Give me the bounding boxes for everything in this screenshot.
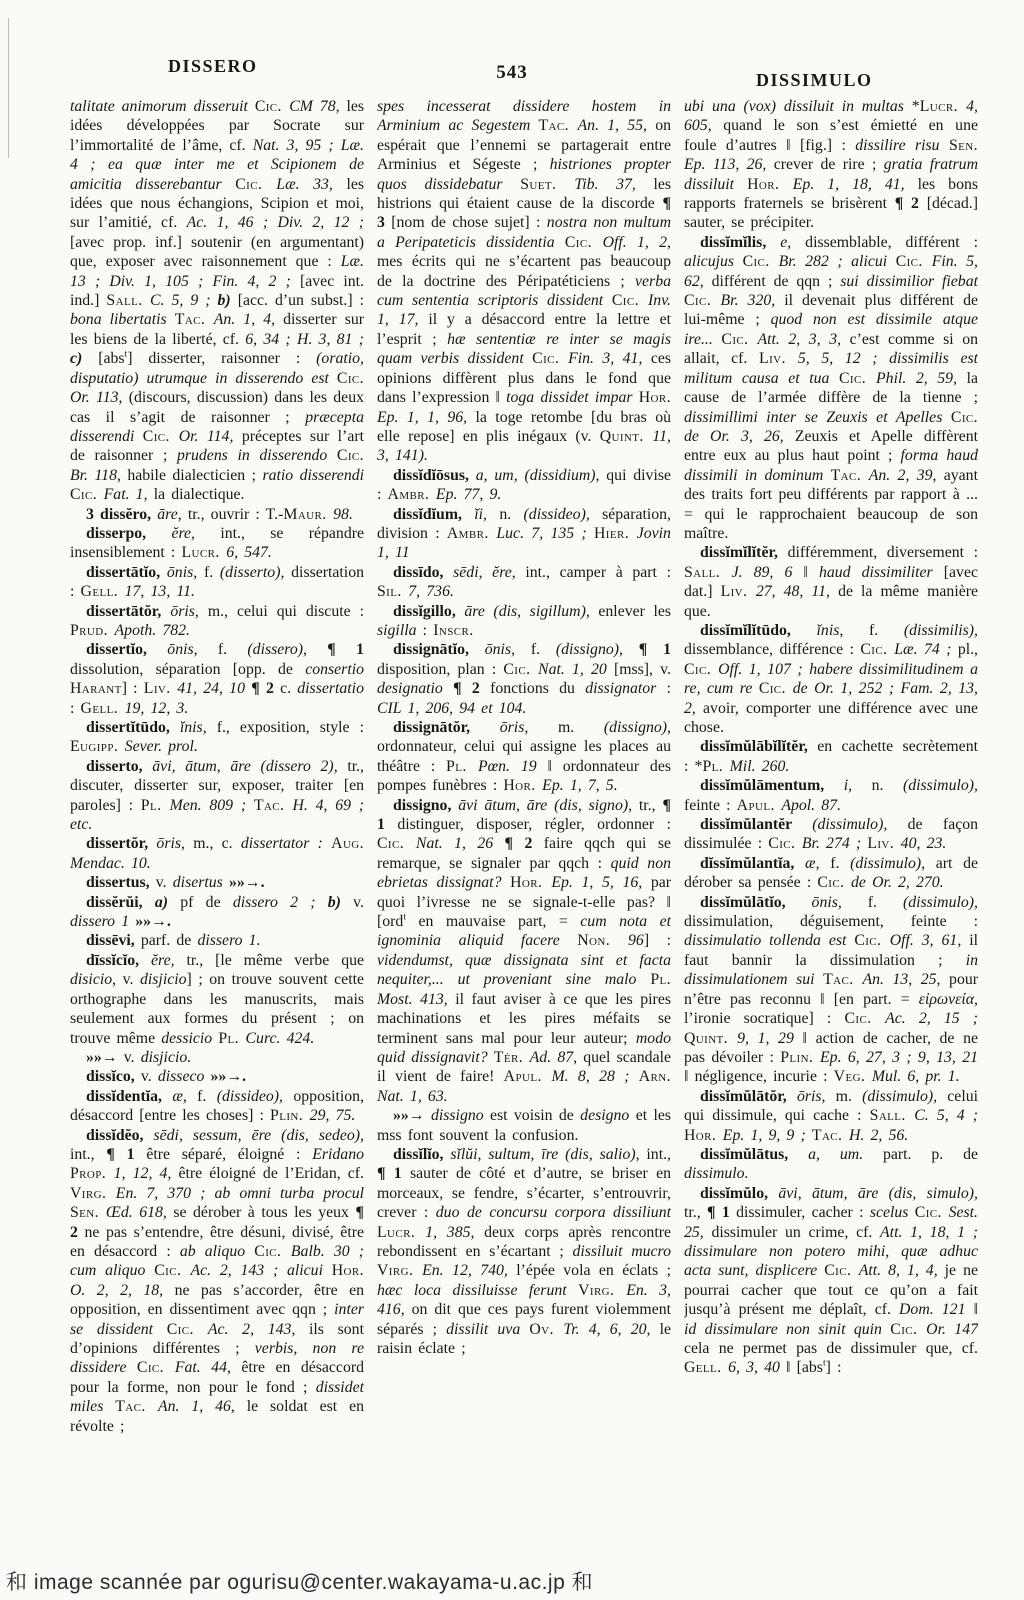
- text-segment: Att. 8, 1, 4,: [859, 1262, 945, 1279]
- text-segment: f.: [204, 564, 220, 581]
- text-segment: Apul.: [737, 797, 782, 814]
- text-segment: dissigno: [431, 1107, 490, 1124]
- text-segment: ĭi,: [474, 506, 499, 523]
- text-segment: Pl.: [702, 758, 729, 775]
- text-segment: sĭlŭi, sultum, īre (dis, salio),: [450, 1146, 646, 1163]
- text-segment: Harant: [70, 680, 122, 697]
- text-segment: [nom de chose sujet] :: [391, 214, 547, 231]
- dictionary-paragraph: dissĭdĭōsus, a, um, (dissidium), qui div…: [377, 466, 671, 505]
- text-segment: 27, 48, 11,: [756, 583, 838, 600]
- text-segment: āre,: [157, 506, 188, 523]
- text-segment: dissertus,: [86, 874, 156, 891]
- text-segment: ¶ 2: [895, 195, 927, 212]
- text-segment: CM 78,: [289, 98, 346, 115]
- dictionary-paragraph: dĭssĭmŭlantĭa, æ, f. (dissimulo), art de…: [684, 854, 978, 893]
- text-segment: 96: [628, 932, 644, 949]
- text-segment: ‖: [974, 1301, 978, 1318]
- text-segment: Hor.: [332, 1262, 364, 1279]
- text-segment: Cic.: [890, 1321, 926, 1338]
- text-segment: dissĭco,: [86, 1068, 141, 1085]
- text-segment: Prop.: [70, 1165, 114, 1182]
- text-segment: An. 1, 4,: [214, 311, 283, 328]
- text-segment: dissiluit mucro: [572, 1243, 671, 1260]
- text-segment: a): [155, 894, 180, 911]
- text-segment: Dom. 121: [899, 1301, 974, 1318]
- text-segment: ōnis,: [167, 564, 204, 581]
- text-segment: ¶ 1: [327, 641, 364, 658]
- text-segment: v.: [156, 874, 173, 891]
- text-segment: Cic.: [70, 486, 104, 503]
- text-segment: de Or. 2, 270.: [851, 874, 944, 891]
- text-segment: sigilla: [377, 622, 423, 639]
- text-segment: (dissigno),: [604, 719, 671, 736]
- text-segment: Pl.: [650, 971, 671, 988]
- text-segment: dissimulatio tollenda est: [684, 932, 854, 949]
- text-segment: Cic.: [255, 98, 289, 115]
- text-segment: [abs: [98, 350, 124, 367]
- text-segment: »»→.: [211, 1068, 247, 1085]
- text-segment: parf. de: [141, 932, 198, 949]
- dictionary-paragraph: dissĭmĭlis, e, dissemblable, différent :…: [684, 233, 978, 544]
- text-segment: dissĭlĭo,: [393, 1146, 450, 1163]
- text-segment: æ,: [172, 1088, 197, 1105]
- text-segment: Cic.: [844, 1010, 885, 1027]
- text-segment: Ep. 1, 9, 9 ;: [723, 1127, 812, 1144]
- text-segment: Tac.: [175, 311, 214, 328]
- text-segment: dissĭmŭlātĭo,: [700, 894, 812, 911]
- text-segment: dissīdo,: [393, 564, 453, 581]
- text-segment: Tac.: [831, 467, 869, 484]
- text-segment: v.: [141, 1068, 158, 1085]
- text-segment: Sall.: [684, 564, 732, 581]
- text-segment: Br. 274 ;: [802, 835, 867, 852]
- text-segment: dissĭmŭlantĕr: [700, 816, 812, 833]
- text-segment: disjicio: [140, 971, 187, 988]
- text-segment: dissĭdĕo,: [86, 1127, 154, 1144]
- text-segment: disserpo,: [86, 525, 171, 542]
- text-segment: Cic.: [824, 1262, 859, 1279]
- text-segment: ] :: [644, 932, 671, 949]
- scanned-dictionary-page: DISSERO 543 DISSIMULO talitate animorum …: [0, 0, 1024, 1600]
- text-segment: prudens in disserendo: [177, 447, 337, 464]
- text-segment: dissignātĭo,: [393, 641, 485, 658]
- text-segment: Cic.: [759, 680, 793, 697]
- text-segment: tr., [le même verbe que: [187, 952, 365, 969]
- text-segment: Ep. 77, 9.: [436, 486, 501, 503]
- text-segment: tr.,: [684, 1204, 707, 1221]
- text-segment: Att. 2, 3, 3,: [757, 331, 849, 348]
- text-segment: Curc. 424.: [246, 1030, 315, 1047]
- text-segment: ōris,: [170, 603, 208, 620]
- text-segment: Tac.: [823, 971, 862, 988]
- text-segment: Apol. 87.: [781, 797, 841, 814]
- text-segment: āvi ātum, āre (dis, signo),: [458, 797, 639, 814]
- dictionary-paragraph: dissīdo, sēdi, ĕre, int., camper à part …: [377, 563, 671, 602]
- text-segment: dessicio: [161, 1030, 218, 1047]
- text-segment: ubi una (vox) dissiluit in multas: [684, 98, 912, 115]
- text-segment: Non.: [577, 932, 628, 949]
- dictionary-paragraph: dissĭmŭlābĭlĭtĕr, en cachette secrètemen…: [684, 737, 978, 776]
- text-segment: 6, 547.: [226, 544, 272, 561]
- text-segment: Fat. 1,: [104, 486, 154, 503]
- text-segment: Plin.: [270, 1107, 310, 1124]
- text-segment: f.: [868, 894, 903, 911]
- text-segment: cela ne permet pas de dissimuler que, cf…: [684, 1340, 978, 1357]
- text-segment: O. 2, 2, 18,: [70, 1282, 175, 1299]
- text-segment: dissĭmĭlĭtūdo,: [700, 622, 817, 639]
- text-segment: Or. 113,: [70, 389, 129, 406]
- text-segment: Fin. 3, 41,: [568, 350, 651, 367]
- text-segment: (dissimulo),: [862, 1088, 947, 1105]
- text-segment: consertio: [305, 661, 364, 678]
- text-segment: disserto,: [86, 758, 152, 775]
- text-segment: Ep. 1, 18, 41,: [793, 176, 918, 193]
- text-segment: 17, 13, 11.: [125, 583, 195, 600]
- text-segment: En. 12, 740,: [422, 1262, 516, 1279]
- text-segment: Mil. 260.: [730, 758, 790, 775]
- text-segment: (dissimulo),: [850, 855, 936, 872]
- text-segment: l’ironie socratique] :: [684, 1010, 844, 1027]
- text-segment: Cic.: [235, 176, 276, 193]
- text-segment: scelus: [870, 1204, 915, 1221]
- text-segment: Luc. 7, 135 ;: [496, 525, 594, 542]
- text-segment: Læ. 74 ;: [894, 641, 958, 658]
- text-columns: talitate animorum disseruit Cic. CM 78, …: [70, 97, 978, 1557]
- text-segment: f.: [218, 641, 248, 658]
- text-segment: ōnis,: [812, 894, 868, 911]
- text-segment: An. 1, 46,: [158, 1398, 247, 1415]
- text-segment: disertus: [173, 874, 229, 891]
- text-segment: Cic.: [951, 409, 978, 426]
- text-segment: (dissimulo),: [812, 816, 907, 833]
- text-segment: Br. 282 ; alicui: [779, 253, 896, 270]
- text-segment: Quint.: [684, 1030, 737, 1047]
- text-segment: Mendac. 10.: [70, 855, 151, 872]
- dictionary-paragraph: »»→ v. disjicio.: [70, 1048, 364, 1067]
- text-segment: f.: [197, 1088, 217, 1105]
- text-segment: dissĭmŭlātŏr,: [700, 1088, 797, 1105]
- text-segment: Lucr.: [920, 98, 966, 115]
- text-segment: sui dissimilior fiebat: [840, 273, 978, 290]
- text-segment: dīssĭcĭo,: [86, 952, 151, 969]
- text-segment: »»→: [86, 1049, 124, 1066]
- text-segment: ¶ 2: [251, 680, 280, 697]
- text-segment: être séparé, éloigné :: [146, 1146, 312, 1163]
- text-segment: Gell.: [81, 700, 125, 717]
- text-segment: Cic.: [915, 1204, 949, 1221]
- dictionary-paragraph: dissēvi, parf. de dissero 1.: [70, 931, 364, 950]
- text-segment: [mss], v.: [614, 661, 671, 678]
- text-segment: Nat. 1, 63.: [377, 1088, 448, 1105]
- dictionary-paragraph: dissĭco, v. disseco »»→.: [70, 1067, 364, 1086]
- text-segment: ōris,: [156, 835, 193, 852]
- dictionary-paragraph: talitate animorum disseruit Cic. CM 78, …: [70, 97, 364, 505]
- text-segment: Cic.: [768, 835, 802, 852]
- dictionary-paragraph: dissignātŏr, ōris, m. (dissigno), ordonn…: [377, 718, 671, 796]
- text-segment: dissignātŏr,: [393, 719, 500, 736]
- dictionary-paragraph: dissĭmŭlāmentum, i, n. (dissimulo), fein…: [684, 776, 978, 815]
- text-segment: sēdi, sessum, ēre (dis, sedeo),: [154, 1127, 365, 1144]
- text-segment: mes écrits qui ne s’écartent pas beaucou…: [377, 253, 671, 289]
- text-segment: Ac. 2, 15 ;: [885, 1010, 978, 1027]
- text-segment: Tér.: [494, 1049, 530, 1066]
- text-segment: tr., ouvrir : T.-: [188, 506, 284, 523]
- text-segment: se dérober à tous les yeux: [173, 1204, 355, 1221]
- text-segment: :: [70, 700, 81, 717]
- text-segment: Veg.: [834, 1068, 872, 1085]
- text-segment: Quint.: [600, 428, 653, 445]
- text-segment: M. 8, 28 ;: [552, 1068, 639, 1085]
- text-segment: Sen.: [70, 1204, 106, 1221]
- text-segment: Tr. 4, 6, 20,: [563, 1321, 659, 1338]
- text-segment: ōris,: [797, 1088, 836, 1105]
- text-segment: Cic.: [721, 331, 757, 348]
- text-segment: dissĭmĭlĭtĕr,: [700, 544, 788, 561]
- text-segment: dissĭdĭōsus,: [393, 467, 476, 484]
- text-segment: dissertĭtūdo,: [86, 719, 180, 736]
- text-segment: distinguer, disposer, régler, ordonner :: [397, 816, 671, 833]
- text-segment: ĭnis,: [180, 719, 217, 736]
- text-segment: J. 89, 6: [732, 564, 804, 581]
- text-segment: Liv.: [867, 835, 900, 852]
- text-segment: ] disserter, raisonner :: [127, 350, 316, 367]
- text-segment: Cic.: [743, 253, 779, 270]
- text-segment: ‖ négligence, incurie :: [684, 1068, 834, 1085]
- text-segment: (dissimilis),: [904, 622, 978, 639]
- scan-footer-note: 和 image scannée par ogurisu@center.wakay…: [6, 1566, 593, 1596]
- dictionary-paragraph: dissertŏr, ōris, m., c. dissertator : Au…: [70, 834, 364, 873]
- text-segment: 29, 75.: [310, 1107, 356, 1124]
- text-segment: disicio,: [70, 971, 123, 988]
- text-segment: Apoth. 782.: [115, 622, 190, 639]
- text-segment: Nat. 1, 26: [416, 835, 505, 852]
- text-segment: Lucr.: [377, 1224, 425, 1241]
- text-segment: Hor.: [510, 874, 551, 891]
- dictionary-paragraph: dissertĭtūdo, ĭnis, f., exposition, styl…: [70, 718, 364, 757]
- dictionary-paragraph: dissĭlĭo, sĭlŭi, sultum, īre (dis, salio…: [377, 1145, 671, 1358]
- text-segment: 40, 23.: [901, 835, 947, 852]
- text-segment: Cic.: [839, 370, 876, 387]
- text-segment: dissēvi,: [86, 932, 141, 949]
- text-segment: c): [70, 350, 98, 367]
- dictionary-paragraph: dīssĭcĭo, ĕre, tr., [le même verbe que d…: [70, 951, 364, 1048]
- text-segment: Inscr.: [433, 622, 473, 639]
- text-segment: m.: [558, 719, 604, 736]
- text-segment: Or. 114,: [179, 428, 242, 445]
- text-segment: Cic.: [503, 661, 538, 678]
- text-segment: dĭssĭmŭlantĭa,: [700, 855, 805, 872]
- text-segment: ōnis,: [167, 641, 218, 658]
- text-segment: dissĭmŭlābĭlĭtĕr,: [700, 738, 817, 755]
- text-segment: Or. 147: [926, 1321, 978, 1338]
- text-segment: dissertatio: [297, 680, 364, 697]
- text-segment: dissertĭo,: [86, 641, 167, 658]
- text-segment: Sen.: [949, 137, 978, 154]
- text-segment: m., c.: [193, 835, 241, 852]
- text-segment: dissignator: [585, 680, 666, 697]
- text-segment: Virg.: [70, 1185, 116, 1202]
- text-segment: Gell.: [81, 583, 125, 600]
- text-segment: b): [328, 894, 353, 911]
- text-segment: Cic.: [817, 874, 851, 891]
- text-segment: hæc loca dissiluisse ferunt: [377, 1282, 578, 1299]
- text-segment: l’épée vola en éclats ;: [516, 1262, 671, 1279]
- text-segment: ¶ 2: [505, 835, 544, 852]
- text-segment: crever de rire ;: [774, 156, 884, 173]
- text-segment: fonctions du: [490, 680, 585, 697]
- text-segment: ĕre,: [171, 525, 220, 542]
- text-segment: Eridano: [312, 1146, 364, 1163]
- text-segment: »»→.: [135, 913, 171, 930]
- text-segment: Ep. 1, 5, 16,: [551, 874, 650, 891]
- dictionary-paragraph: dissignātĭo, ōnis, f. (dissigno), ¶ 1 di…: [377, 640, 671, 718]
- text-segment: Ac. 2, 143 ; alicui: [191, 1262, 332, 1279]
- text-segment: de Or. 3, 26,: [684, 428, 795, 445]
- text-segment: a, um.: [808, 1146, 883, 1163]
- dictionary-paragraph: dissĭmĭlĭtĕr, différemment, diversement …: [684, 543, 978, 621]
- text-segment: dissĭgillo,: [393, 603, 464, 620]
- text-segment: En. 7, 370 ; ab omni turba procul: [116, 1185, 364, 1202]
- text-segment: Tac.: [254, 797, 293, 814]
- text-segment: Ep. 1, 7, 5.: [542, 777, 618, 794]
- text-segment: An. 2, 39,: [869, 467, 944, 484]
- text-segment: Læ. 33,: [276, 176, 346, 193]
- text-segment: Cic.: [854, 932, 889, 949]
- text-segment: Hor.: [503, 777, 542, 794]
- column-center: spes incesserat dissidere hostem in Armi…: [377, 97, 671, 1557]
- column-right: ubi una (vox) dissiluit in multas *Lucr.…: [684, 97, 978, 1557]
- text-segment: Virg.: [578, 1282, 626, 1299]
- text-segment: Cic.: [860, 641, 894, 658]
- text-segment: Br. 118,: [70, 467, 127, 484]
- text-segment: Cic.: [167, 1321, 208, 1338]
- text-segment: part. p. de: [883, 1146, 978, 1163]
- text-segment: dissemblance, différence :: [684, 641, 860, 658]
- text-segment: Cic.: [143, 428, 179, 445]
- text-segment: dissĭmŭlātus,: [700, 1146, 808, 1163]
- dictionary-paragraph: dissĭmŭlātĭo, ōnis, f. (dissimulo), diss…: [684, 893, 978, 1087]
- text-segment: ] :: [122, 680, 144, 697]
- text-segment: :: [423, 622, 434, 639]
- text-segment: dissĭmĭlis,: [700, 234, 780, 251]
- text-segment: dissemblable, différent :: [805, 234, 978, 251]
- text-segment: (dissideo),: [524, 506, 603, 523]
- text-segment: Pl.: [446, 758, 478, 775]
- text-segment: dissigno,: [393, 797, 458, 814]
- text-segment: dissimuler un crime, cf.: [711, 1224, 880, 1241]
- text-segment: ¶ 1: [377, 1165, 410, 1182]
- text-segment: dissimulo.: [684, 1165, 749, 1182]
- text-segment: Mul. 6, pr. 1.: [872, 1068, 960, 1085]
- text-segment: ] :: [826, 1359, 842, 1376]
- text-segment: ‖: [803, 564, 819, 581]
- text-segment: dissero 1.: [197, 932, 260, 949]
- text-segment: n.: [872, 777, 903, 794]
- text-segment: Cic.: [684, 292, 721, 309]
- text-segment: Cic.: [337, 370, 364, 387]
- text-segment: Pl.: [218, 1030, 245, 1047]
- text-segment: Liv.: [144, 680, 177, 697]
- text-segment: Off. 1, 2,: [603, 234, 671, 251]
- text-segment: dissertŏr,: [86, 835, 156, 852]
- dictionary-paragraph: dissĭdĕo, sēdi, sessum, ēre (dis, sedeo)…: [70, 1126, 364, 1437]
- text-segment: Gell.: [684, 1359, 728, 1376]
- text-segment: ōnis,: [485, 641, 531, 658]
- text-segment: la dialectique.: [154, 486, 245, 503]
- text-segment: Cic.: [254, 1243, 291, 1260]
- text-segment: (dissero),: [247, 641, 327, 658]
- dictionary-paragraph: disserto, āvi, ātum, āre (dissero 2), tr…: [70, 757, 364, 835]
- dictionary-paragraph: 3 dissĕro, āre, tr., ouvrir : T.-Maur. 9…: [70, 505, 364, 524]
- text-segment: tr.,: [639, 797, 663, 814]
- text-segment: ¶ 2: [453, 680, 490, 697]
- text-segment: *: [912, 98, 920, 115]
- text-segment: ‖ [abs: [786, 1359, 823, 1376]
- text-segment: Pl.: [141, 797, 170, 814]
- text-segment: Tac.: [115, 1398, 158, 1415]
- dictionary-paragraph: ubi una (vox) dissiluit in multas *Lucr.…: [684, 97, 978, 233]
- text-segment: Virg.: [377, 1262, 422, 1279]
- text-segment: āvi, ātum, āre (dissero 2),: [152, 758, 347, 775]
- text-segment: pl.,: [958, 641, 978, 658]
- text-segment: (dissimulo),: [903, 777, 978, 794]
- text-segment: Ac. 2, 143,: [208, 1321, 309, 1338]
- text-segment: c.: [280, 680, 297, 697]
- text-segment: C. 5, 9 ;: [150, 292, 218, 309]
- text-segment: e,: [780, 234, 805, 251]
- text-segment: dissimulation, déguisement, feinte :: [684, 913, 978, 930]
- text-segment: dissertātŏr,: [86, 603, 170, 620]
- text-segment: ĭnis,: [817, 622, 869, 639]
- text-segment: a, um, (dissidium),: [476, 467, 607, 484]
- text-segment: Pœn. 19: [478, 758, 548, 775]
- text-segment: Eugipp.: [70, 738, 125, 755]
- text-segment: Ad. 87,: [530, 1049, 584, 1066]
- text-segment: disjicio.: [141, 1049, 191, 1066]
- text-segment: f.: [531, 641, 556, 658]
- text-segment: Cic.: [377, 835, 416, 852]
- text-segment: 3 dissĕro,: [86, 506, 157, 523]
- text-segment: dissĕrŭi,: [86, 894, 155, 911]
- dictionary-paragraph: »»→ dissigno est voisin de designo et le…: [377, 1106, 671, 1145]
- text-segment: m., celui qui discute :: [208, 603, 364, 620]
- text-segment: Cic.: [896, 253, 932, 270]
- text-segment: Ep. 6, 27, 3 ; 9, 13, 21: [820, 1049, 978, 1066]
- text-segment: Cic.: [154, 1262, 190, 1279]
- text-segment: æ,: [805, 855, 830, 872]
- text-segment: f., exposition, style :: [217, 719, 364, 736]
- text-segment: ōris,: [500, 719, 558, 736]
- text-segment: Cic.: [612, 292, 648, 309]
- text-segment: εἰρωνεία,: [919, 991, 978, 1008]
- text-segment: CIL 1, 206, 94 et 104.: [377, 700, 526, 717]
- text-segment: ¶ 1: [639, 641, 671, 658]
- text-segment: Tac.: [812, 1127, 849, 1144]
- text-segment: Ac. 1, 46 ; Div. 2, 12 ;: [187, 214, 364, 231]
- dictionary-paragraph: dissertātĭo, ōnis, f. (disserto), disser…: [70, 563, 364, 602]
- text-segment: alicujus: [684, 253, 743, 270]
- text-segment: Most. 413,: [377, 991, 455, 1008]
- text-segment: H. 2, 56.: [849, 1127, 908, 1144]
- text-segment: habile dialecticien ;: [127, 467, 262, 484]
- text-segment: Off. 3, 61,: [890, 932, 969, 949]
- text-segment: dissĭmŭlo,: [700, 1185, 778, 1202]
- dictionary-paragraph: dissĭdĭum, ĭi, n. (dissideo), séparation…: [377, 505, 671, 563]
- text-segment: Sall.: [106, 292, 150, 309]
- text-segment: int.,: [70, 1146, 106, 1163]
- text-segment: Cic.: [684, 661, 718, 678]
- text-segment: Ep. 113, 26,: [684, 156, 774, 173]
